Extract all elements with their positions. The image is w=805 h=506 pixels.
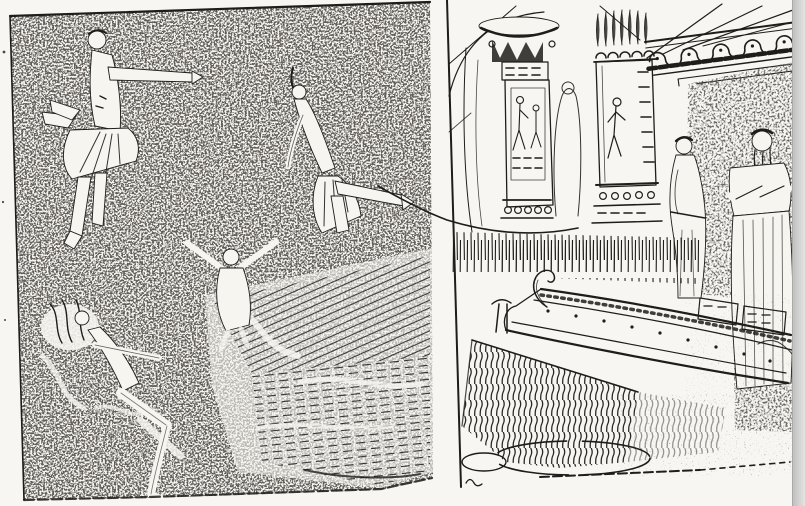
band-arches xyxy=(596,51,654,58)
scanned-illustration-page xyxy=(0,0,805,506)
feather-crown xyxy=(597,10,648,46)
capital-leaves xyxy=(492,40,543,62)
reed-band xyxy=(452,228,702,288)
glyph-dashes xyxy=(638,72,654,162)
page-edge-shadow xyxy=(792,0,805,506)
right-engraving-panel xyxy=(449,4,805,486)
hieroglyph-figure xyxy=(608,98,625,158)
wall-lines xyxy=(449,6,544,232)
doorway-figure xyxy=(554,82,581,216)
hieroglyph-figure xyxy=(513,97,541,151)
scan-specks xyxy=(2,51,6,321)
base-circles xyxy=(505,207,552,214)
papyrus-column-left xyxy=(479,17,559,218)
engraving-scene xyxy=(0,0,805,506)
left-engraving-panel xyxy=(8,0,436,502)
base-circles xyxy=(600,192,655,200)
